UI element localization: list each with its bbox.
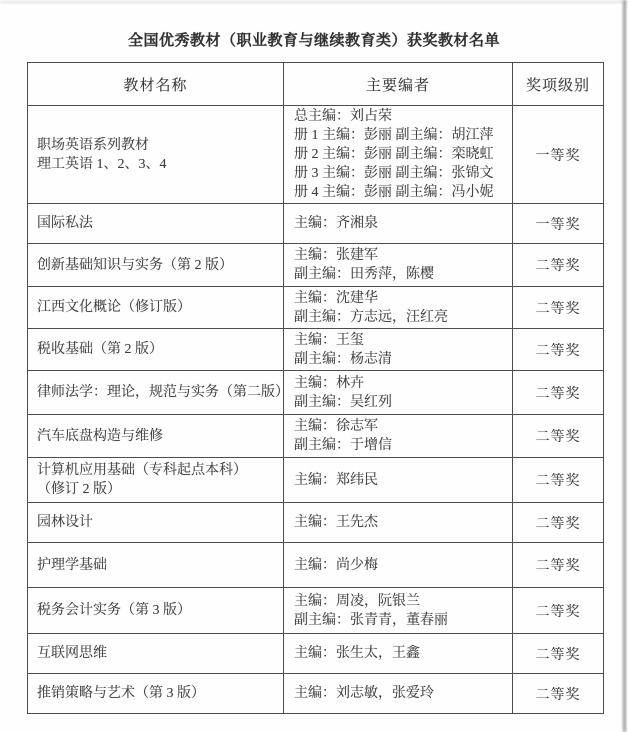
table-row: 互联网思维主编：张生太，王鑫二等奖 — [28, 634, 604, 674]
award-level-cell: 二等奖 — [513, 674, 604, 714]
table-row: 计算机应用基础（专科起点本科）（修订 2 版）主编：郑纬民二等奖 — [28, 458, 604, 503]
editors-cell: 主编：林卉副主编：吴红列 — [284, 371, 513, 415]
table-row: 创新基础知识与实务（第 2 版）主编：张建军副主编：田秀萍，陈樱二等奖 — [28, 244, 604, 287]
editors-cell: 主编：刘志敏，张爱玲 — [284, 674, 513, 714]
textbook-name-cell: 江西文化概论（修订版） — [28, 287, 284, 329]
text-line: 副主编：于增信 — [294, 436, 508, 455]
table-row: 税务会计实务（第 3 版）主编：周凌，阮银兰副主编：张青青，董春丽二等奖 — [28, 588, 604, 634]
awards-table: 教材名称 主要编者 奖项级别 职场英语系列教材理工英语 1、2、3、4总主编：刘… — [27, 62, 604, 714]
textbook-name-cell: 国际私法 — [28, 204, 284, 244]
award-level-cell: 二等奖 — [513, 458, 604, 503]
text-line: 主编：尚少梅 — [294, 556, 508, 575]
scan-edge-right — [623, 0, 626, 732]
text-line: （修订 2 版） — [37, 480, 279, 499]
text-line: 总主编：刘占荣 — [294, 107, 508, 126]
table-row: 护理学基础主编：尚少梅二等奖 — [28, 543, 604, 588]
scan-edge-top — [0, 1, 628, 3]
table-row: 税收基础（第 2 版）主编：王玺副主编：杨志清二等奖 — [28, 329, 604, 371]
editors-cell: 主编：周凌，阮银兰副主编：张青青，董春丽 — [284, 588, 513, 634]
text-line: 税收基础（第 2 版） — [37, 340, 279, 359]
editors-cell: 主编：王玺副主编：杨志清 — [284, 329, 513, 371]
text-line: 计算机应用基础（专科起点本科） — [37, 461, 279, 480]
table-row: 江西文化概论（修订版）主编：沈建华副主编：方志远，汪红亮二等奖 — [28, 287, 604, 329]
text-line: 理工英语 1、2、3、4 — [37, 155, 279, 174]
text-line: 职场英语系列教材 — [37, 136, 279, 155]
award-level-cell: 一等奖 — [513, 106, 604, 204]
award-level-cell: 二等奖 — [513, 244, 604, 287]
table-row: 园林设计主编：王先杰二等奖 — [28, 503, 604, 543]
text-line: 江西文化概论（修订版） — [37, 298, 279, 317]
text-line: 副主编：田秀萍，陈樱 — [294, 265, 508, 284]
award-level-cell: 二等奖 — [513, 588, 604, 634]
textbook-name-cell: 税收基础（第 2 版） — [28, 329, 284, 371]
textbook-name-cell: 园林设计 — [28, 503, 284, 543]
editors-cell: 主编：张建军副主编：田秀萍，陈樱 — [284, 244, 513, 287]
table-row: 律师法学：理论，规范与实务（第二版）主编：林卉副主编：吴红列二等奖 — [28, 371, 604, 415]
editors-cell: 主编：沈建华副主编：方志远，汪红亮 — [284, 287, 513, 329]
award-level-cell: 二等奖 — [513, 634, 604, 674]
text-line: 互联网思维 — [37, 644, 279, 663]
text-line: 册 1 主编：彭丽 副主编：胡江萍 — [294, 126, 508, 145]
text-line: 主编：张生太，王鑫 — [294, 644, 508, 663]
column-header-award-level: 奖项级别 — [513, 63, 604, 106]
text-line: 副主编：吴红列 — [294, 393, 508, 412]
editors-cell: 主编：徐志军副主编：于增信 — [284, 415, 513, 458]
text-line: 创新基础知识与实务（第 2 版） — [37, 256, 279, 275]
editors-cell: 主编：王先杰 — [284, 503, 513, 543]
text-line: 册 4 主编：彭丽 副主编：冯小妮 — [294, 183, 508, 202]
text-line: 国际私法 — [37, 214, 279, 233]
textbook-name-cell: 互联网思维 — [28, 634, 284, 674]
textbook-name-cell: 律师法学：理论，规范与实务（第二版） — [28, 371, 284, 415]
text-line: 主编：周凌，阮银兰 — [294, 592, 508, 611]
text-line: 园林设计 — [37, 513, 279, 532]
textbook-name-cell: 汽车底盘构造与维修 — [28, 415, 284, 458]
editors-cell: 主编：齐湘泉 — [284, 204, 513, 244]
header-row: 教材名称 主要编者 奖项级别 — [28, 63, 604, 106]
table-row: 推销策略与艺术（第 3 版）主编：刘志敏，张爱玲二等奖 — [28, 674, 604, 714]
table-row: 汽车底盘构造与维修主编：徐志军副主编：于增信二等奖 — [28, 415, 604, 458]
text-line: 推销策略与艺术（第 3 版） — [37, 684, 279, 703]
editors-cell: 总主编：刘占荣册 1 主编：彭丽 副主编：胡江萍册 2 主编：彭丽 副主编：栾晓… — [284, 106, 513, 204]
column-header-textbook-name: 教材名称 — [28, 63, 284, 106]
text-line: 副主编：方志远，汪红亮 — [294, 308, 508, 327]
textbook-name-cell: 创新基础知识与实务（第 2 版） — [28, 244, 284, 287]
textbook-name-cell: 推销策略与艺术（第 3 版） — [28, 674, 284, 714]
editors-cell: 主编：郑纬民 — [284, 458, 513, 503]
textbook-name-cell: 计算机应用基础（专科起点本科）（修订 2 版） — [28, 458, 284, 503]
textbook-name-cell: 税务会计实务（第 3 版） — [28, 588, 284, 634]
text-line: 律师法学：理论，规范与实务（第二版） — [37, 383, 279, 402]
textbook-name-cell: 职场英语系列教材理工英语 1、2、3、4 — [28, 106, 284, 204]
document-page: { "title": "全国优秀教材（职业教育与继续教育类）获奖教材名单", "… — [0, 0, 628, 732]
table-body: 职场英语系列教材理工英语 1、2、3、4总主编：刘占荣册 1 主编：彭丽 副主编… — [28, 106, 604, 714]
text-line: 主编：沈建华 — [294, 289, 508, 308]
text-line: 主编：徐志军 — [294, 417, 508, 436]
table-row: 职场英语系列教材理工英语 1、2、3、4总主编：刘占荣册 1 主编：彭丽 副主编… — [28, 106, 604, 204]
text-line: 汽车底盘构造与维修 — [37, 427, 279, 446]
page-title: 全国优秀教材（职业教育与继续教育类）获奖教材名单 — [0, 29, 628, 50]
text-line: 主编：王先杰 — [294, 513, 508, 532]
text-line: 册 2 主编：彭丽 副主编：栾晓虹 — [294, 145, 508, 164]
text-line: 主编：林卉 — [294, 374, 508, 393]
text-line: 主编：郑纬民 — [294, 471, 508, 490]
text-line: 主编：王玺 — [294, 331, 508, 350]
award-level-cell: 二等奖 — [513, 415, 604, 458]
award-level-cell: 二等奖 — [513, 371, 604, 415]
text-line: 主编：齐湘泉 — [294, 214, 508, 233]
award-level-cell: 二等奖 — [513, 287, 604, 329]
editors-cell: 主编：张生太，王鑫 — [284, 634, 513, 674]
text-line: 副主编：张青青，董春丽 — [294, 611, 508, 630]
column-header-main-editors: 主要编者 — [284, 63, 513, 106]
editors-cell: 主编：尚少梅 — [284, 543, 513, 588]
award-level-cell: 一等奖 — [513, 204, 604, 244]
text-line: 主编：刘志敏，张爱玲 — [294, 684, 508, 703]
text-line: 副主编：杨志清 — [294, 350, 508, 369]
textbook-name-cell: 护理学基础 — [28, 543, 284, 588]
award-level-cell: 二等奖 — [513, 503, 604, 543]
text-line: 册 3 主编：彭丽 副主编：张锦文 — [294, 164, 508, 183]
text-line: 护理学基础 — [37, 556, 279, 575]
text-line: 主编：张建军 — [294, 246, 508, 265]
award-level-cell: 二等奖 — [513, 543, 604, 588]
table-row: 国际私法主编：齐湘泉一等奖 — [28, 204, 604, 244]
text-line: 税务会计实务（第 3 版） — [37, 601, 279, 620]
award-level-cell: 二等奖 — [513, 329, 604, 371]
